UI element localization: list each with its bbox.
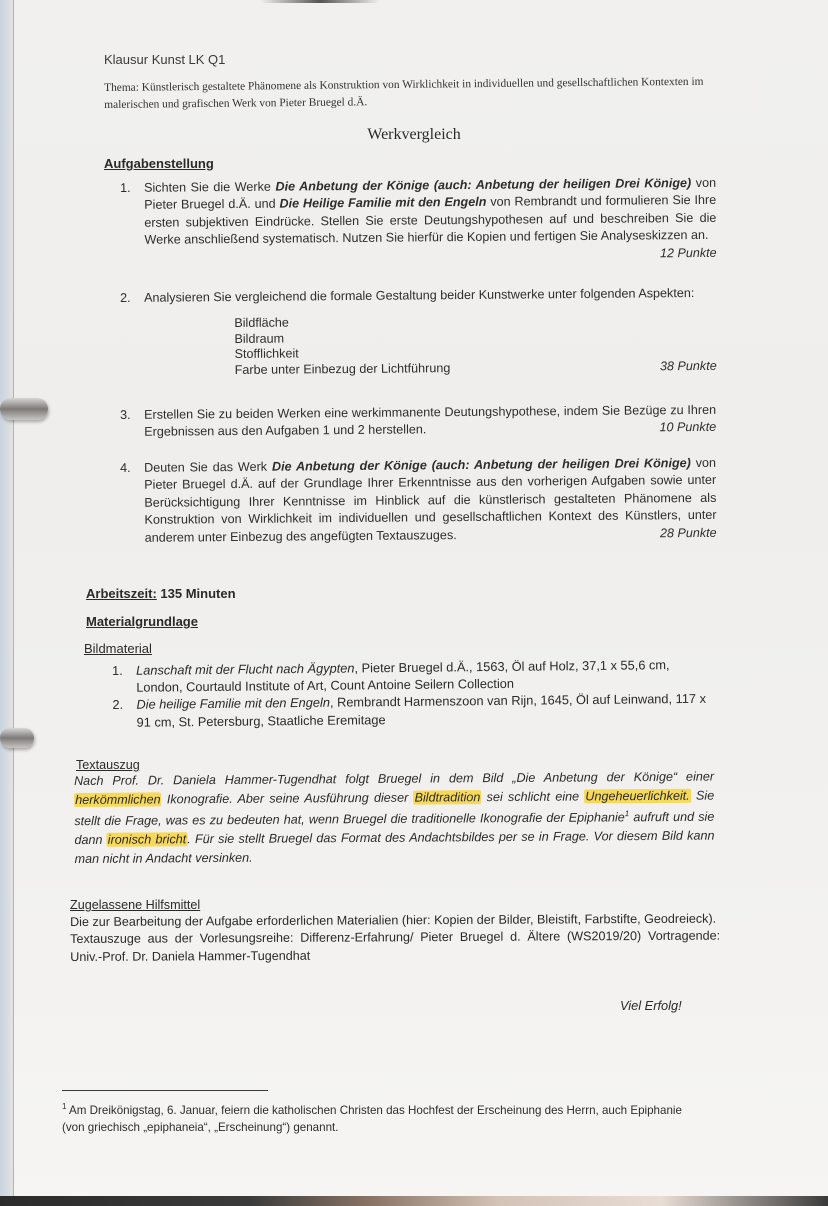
- course-label: Klausur Kunst LK Q1: [104, 52, 225, 67]
- aids-line: Textauszuge aus der Vorlesungsreihe: Dif…: [70, 928, 720, 966]
- task-number: 1.: [120, 180, 131, 197]
- image-number: 2.: [112, 696, 123, 713]
- exam-sheet: Klausur Kunst LK Q1 Thema: Künstlerisch …: [0, 0, 828, 1206]
- task-text-part: Sichten Sie die Werke: [144, 180, 276, 195]
- task-text: Erstellen Sie zu beiden Werken eine werk…: [144, 402, 716, 442]
- excerpt-heading: Textauszug: [76, 758, 140, 772]
- aspect-item-text: Farbe unter Einbezug der Lichtführung: [235, 361, 451, 377]
- document-title-text: Werkvergleich: [367, 126, 460, 143]
- working-time-value: 135 Minuten: [160, 586, 235, 601]
- aids-text: Die zur Bearbeitung der Aufgabe erforder…: [70, 911, 720, 967]
- task-text-part: Analysieren Sie vergleichend die formale…: [144, 286, 694, 305]
- artwork-title: Die Anbetung der Könige (auch: Anbetung …: [272, 456, 691, 474]
- task-points: 10 Punkte: [659, 419, 716, 437]
- material-heading: Materialgrundlage: [86, 614, 198, 629]
- task-2: 2. Analysieren Sie vergleichend die form…: [120, 285, 717, 380]
- artwork-title: Die Heilige Familie mit den Engeln: [279, 195, 486, 211]
- aids-heading: Zugelassene Hilfsmittel: [70, 898, 200, 912]
- binder-edge: [0, 0, 14, 1206]
- task-3: 3. Erstellen Sie zu beiden Werken eine w…: [120, 402, 716, 442]
- highlighted-phrase: ironisch bricht: [107, 832, 188, 847]
- task-points: 38 Punkte: [660, 359, 717, 375]
- task-text-part: Erstellen Sie zu beiden Werken eine werk…: [144, 403, 716, 439]
- highlighted-phrase: Ungeheuerlichkeit.: [584, 788, 690, 803]
- images-heading: Bildmaterial: [84, 641, 152, 656]
- excerpt-text: Nach Prof. Dr. Daniela Hammer-Tugendhat …: [74, 770, 714, 788]
- task-text: Sichten Sie die Werke Die Anbetung der K…: [144, 175, 717, 250]
- image-title: Lanschaft mit der Flucht nach Ägypten: [136, 660, 355, 677]
- page-fold-line: [13, 0, 14, 1206]
- excerpt-text: Ikonografie. Aber seine Ausführung diese…: [162, 790, 414, 806]
- exam-theme: Thema: Künstlerisch gestaltete Phänomene…: [104, 74, 724, 114]
- closing-remark: Viel Erfolg!: [620, 998, 682, 1013]
- aspect-list: Bildfläche Bildraum Stofflichkeit Farbe …: [234, 312, 717, 378]
- task-number: 4.: [120, 460, 131, 477]
- text-excerpt: Nach Prof. Dr. Daniela Hammer-Tugendhat …: [74, 768, 715, 869]
- tasks-heading: Aufgabenstellung: [104, 156, 214, 171]
- image-item: 2.Die heilige Familie mit den Engeln, Re…: [112, 690, 712, 731]
- image-title: Die heilige Familie mit den Engeln: [136, 695, 330, 712]
- binder-ring-icon: [0, 398, 48, 420]
- aspect-item: Farbe unter Einbezug der Lichtführung38 …: [235, 359, 717, 379]
- paper-shadow: [260, 0, 380, 3]
- working-time-label: Arbeitszeit:: [86, 586, 157, 601]
- task-points: 12 Punkte: [660, 244, 717, 262]
- artwork-title: Die Anbetung der Könige (auch: Anbetung …: [275, 176, 691, 194]
- footnote: 1 Am Dreikönigstag, 6. Januar, feiern di…: [62, 1098, 702, 1136]
- working-time: Arbeitszeit: 135 Minuten: [86, 586, 236, 601]
- task-number: 3.: [120, 407, 131, 424]
- binder-ring-icon: [0, 728, 34, 748]
- task-4: 4. Deuten Sie das Werk Die Anbetung der …: [120, 455, 717, 547]
- task-points: 28 Punkte: [660, 524, 717, 542]
- footnote-divider: [62, 1090, 268, 1091]
- footnote-text: Am Dreikönigstag, 6. Januar, feiern die …: [62, 1104, 682, 1134]
- document-title: Werkvergleich: [0, 126, 828, 144]
- image-number: 1.: [112, 662, 123, 679]
- excerpt-text: sei schlicht eine: [481, 789, 584, 804]
- task-text: Deuten Sie das Werk Die Anbetung der Kön…: [144, 455, 717, 547]
- task-number: 2.: [120, 290, 131, 307]
- task-text-part: Deuten Sie das Werk: [144, 460, 272, 475]
- task-1: 1. Sichten Sie die Werke Die Anbetung de…: [120, 175, 717, 267]
- highlighted-phrase: Bildtradition: [414, 790, 482, 804]
- desk-surface: [0, 1196, 828, 1206]
- highlighted-phrase: herkömmlichen: [74, 792, 161, 807]
- task-text: Analysieren Sie vergleichend die formale…: [144, 285, 717, 379]
- image-list: 1.Lanschaft mit der Flucht nach Ägypten,…: [112, 656, 713, 731]
